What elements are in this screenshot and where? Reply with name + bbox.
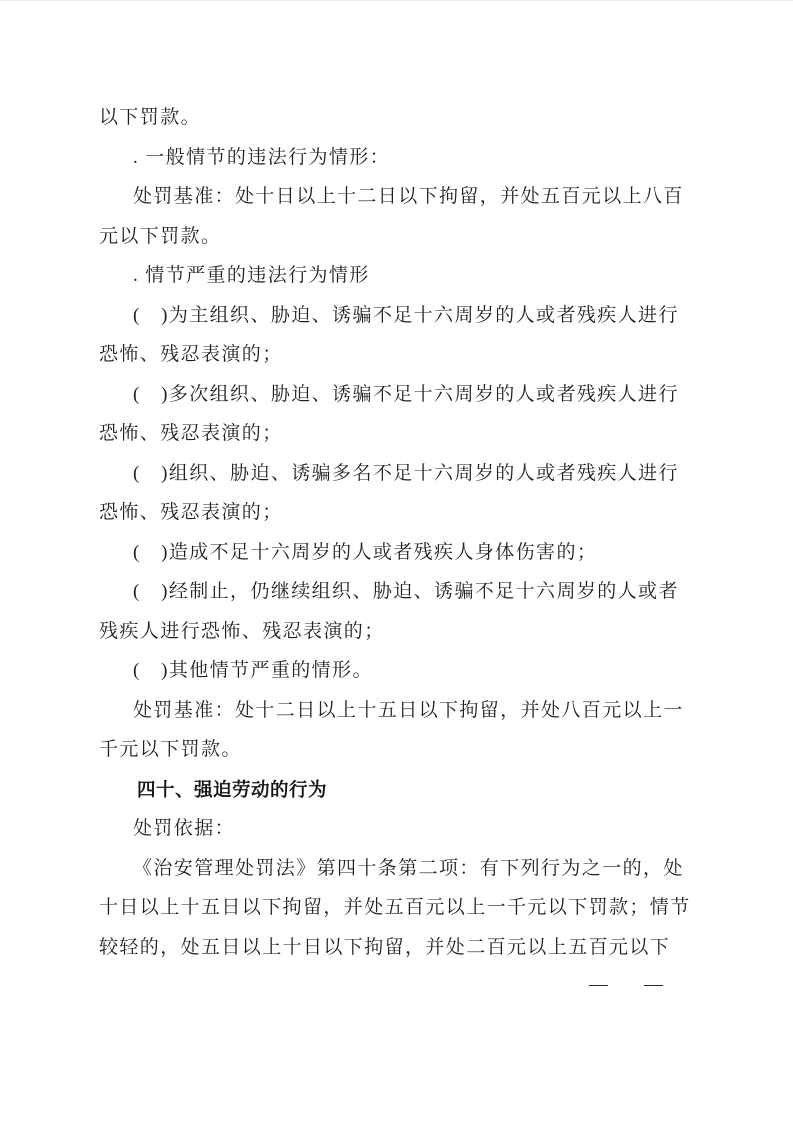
text-line: 残疾人进行恐怖、残忍表演的； — [99, 612, 695, 652]
text-line: 恐怖、残忍表演的； — [99, 335, 695, 375]
penalty-standard-line: 处罚基准：处十二日以上十五日以下拘留，并处八百元以上一 — [99, 691, 695, 731]
document-page: 以下罚款。 . 一般情节的违法行为情形： 处罚基准：处十日以上十二日以下拘留，并… — [0, 0, 793, 1123]
section-heading-forced-labor: 四十、强迫劳动的行为 — [99, 770, 695, 810]
text-line: 较轻的，处五日以上十日以下拘留，并处二百元以上五百元以下 — [99, 928, 695, 968]
footer-dash-right: — — [644, 965, 663, 1005]
text-line: 以下罚款。 — [99, 98, 695, 138]
footer-dash-left: — — [589, 965, 608, 1005]
document-body: 以下罚款。 . 一般情节的违法行为情形： 处罚基准：处十日以上十二日以下拘留，并… — [99, 98, 695, 967]
text-line: 恐怖、残忍表演的； — [99, 414, 695, 454]
clause-line: ( )造成不足十六周岁的人或者残疾人身体伤害的； — [99, 533, 695, 573]
clause-line: ( )其他情节严重的情形。 — [99, 651, 695, 691]
penalty-standard-line: 处罚基准：处十日以上十二日以下拘留，并处五百元以上八百 — [99, 177, 695, 217]
clause-line: ( )组织、胁迫、诱骗多名不足十六周岁的人或者残疾人进行 — [99, 454, 695, 494]
clause-line: ( )经制止，仍继续组织、胁迫、诱骗不足十六周岁的人或者 — [99, 572, 695, 612]
text-line: 千元以下罚款。 — [99, 730, 695, 770]
list-item-serious: . 情节严重的违法行为情形 — [99, 256, 695, 296]
list-item-general: . 一般情节的违法行为情形： — [99, 138, 695, 178]
page-footer: — — — [589, 965, 663, 1005]
clause-line: ( )多次组织、胁迫、诱骗不足十六周岁的人或者残疾人进行 — [99, 375, 695, 415]
text-line: 元以下罚款。 — [99, 217, 695, 257]
law-citation-line: 《治安管理处罚法》第四十条第二项：有下列行为之一的，处 — [99, 849, 695, 889]
penalty-basis-label: 处罚依据： — [99, 809, 695, 849]
text-line: 恐怖、残忍表演的； — [99, 493, 695, 533]
clause-line: ( )为主组织、胁迫、诱骗不足十六周岁的人或者残疾人进行 — [99, 296, 695, 336]
text-line: 十日以上十五日以下拘留，并处五百元以上一千元以下罚款；情节 — [99, 888, 695, 928]
